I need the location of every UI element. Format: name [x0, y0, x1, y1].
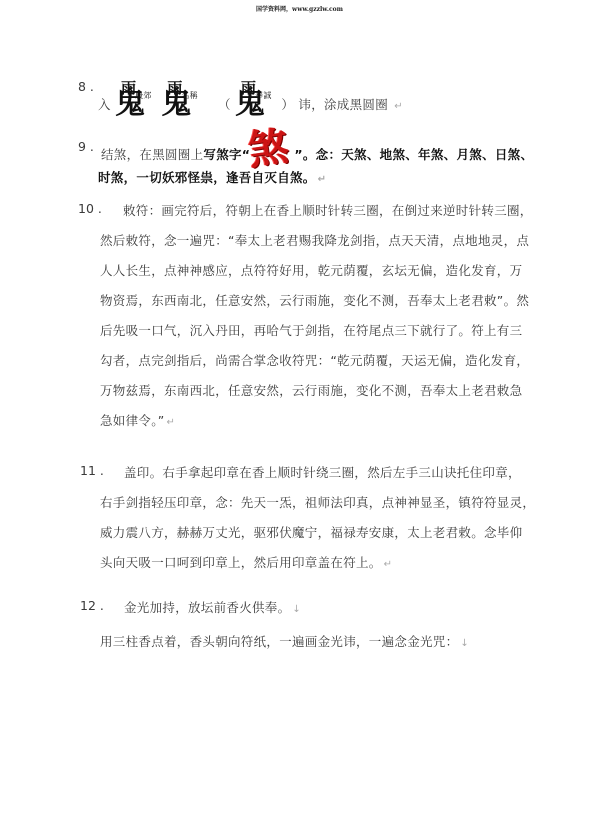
paragraph-mark-icon: ↵ — [167, 417, 176, 428]
item-9-text-bold-b: ”。念：天煞、地煞、年煞、月煞、日煞、 — [294, 147, 533, 162]
item-11-line: 盖印。右手拿起印章在香上顺时针绕三圈，然后左手三山诀托住印章， — [124, 463, 521, 481]
talisman-gui-1: 雨 鬼 殷郊 — [115, 79, 157, 119]
paragraph-mark-icon: ↵ — [318, 174, 327, 185]
item-8-prefix: 入 — [98, 97, 111, 112]
item-12-line-2: 用三柱香点着，香头朝向符纸，一遍画金光讳，一遍念金光咒：↓ — [100, 632, 469, 650]
sha-talisman-glyph: 煞 — [250, 139, 294, 159]
item-9-line-1: 结煞，在黑圆圈上写煞字“煞”。念：天煞、地煞、年煞、月煞、日煞、 — [101, 139, 533, 163]
item-number: 11 . — [80, 463, 104, 478]
item-number: 10 . — [78, 201, 102, 216]
item-10-line-last: 急如律令。”↵ — [100, 411, 175, 429]
item-number: 12 . — [80, 598, 104, 613]
item-10-line: 勾者，点完剑指后，尚需合掌念收符咒：“乾元荫覆，天运无偏，造化发育， — [100, 351, 529, 369]
paragraph-mark-icon: ↵ — [384, 559, 393, 570]
item-9-text-bold-a: 写煞字“ — [203, 147, 250, 162]
item-number: 9 . — [78, 139, 94, 154]
item-12-line-1: 金光加持，放坛前香火供奉。↓ — [124, 598, 301, 616]
line-break-mark-icon: ↓ — [460, 638, 469, 649]
item-10-line: 物资焉，东西南北，任意安然，云行雨施，变化不测，吾奉太上老君敕”。然 — [100, 291, 529, 309]
item-11-line: 右手剑指轻压印章，念：先天一炁，祖师法印真，点神神显圣，镇符符显灵， — [100, 493, 535, 511]
item-number: 8 . — [78, 79, 94, 94]
item-9-text-normal: 结煞，在黑圆圈上 — [101, 147, 203, 162]
item-10-line: 然后敕符，念一遍咒：“奉太上老君赐我降龙剑指，点天天清，点地地灵，点 — [100, 231, 529, 249]
item-11-line: 威力震八方，赫赫万丈光，驱邪伏魔宁，福禄寿安康，太上老君敕。念毕仰 — [100, 523, 522, 541]
item-9-line-2: 时煞，一切妖邪怪祟，逢吾自灭自煞。↵ — [98, 168, 326, 186]
item-10-line: 人人长生，点神神感应，点符符好用，乾元荫覆，玄坛无偏，造化发育，万 — [100, 261, 522, 279]
item-8-suffix: 讳，涂成黑圆圈 — [298, 97, 388, 112]
item-8-line: 入 雨 鬼 殷郊 雨 鬼 名稱 （ 雨 鬼 奉誠 ） 讳，涂成黑圆圈 ↵ — [98, 79, 403, 119]
close-paren: ） — [281, 97, 294, 112]
open-paren: （ — [218, 97, 231, 112]
item-10-line: 后先吸一口气，沉入丹田，再哈气于剑指，在符尾点三下就行了。符上有三 — [100, 321, 522, 339]
item-10-line: 敕符：画完符后，符朝上在香上顺时针转三圈，在倒过来逆时针转三圈， — [123, 201, 533, 219]
item-11-line-last: 头向天吸一口呵到印章上，然后用印章盖在符上。↵ — [100, 553, 392, 571]
talisman-gui-2: 雨 鬼 名稱 — [161, 79, 203, 119]
page-header-watermark: 国学资料网，www.gzzlw.com — [0, 4, 599, 13]
item-10-line: 万物兹焉，东南西北，任意安然，云行雨施，变化不测，吾奉太上老君敕急 — [100, 381, 522, 399]
paragraph-mark-icon: ↵ — [394, 101, 403, 112]
talisman-gui-3: 雨 鬼 奉誠 — [235, 79, 277, 119]
line-break-mark-icon: ↓ — [292, 604, 301, 615]
